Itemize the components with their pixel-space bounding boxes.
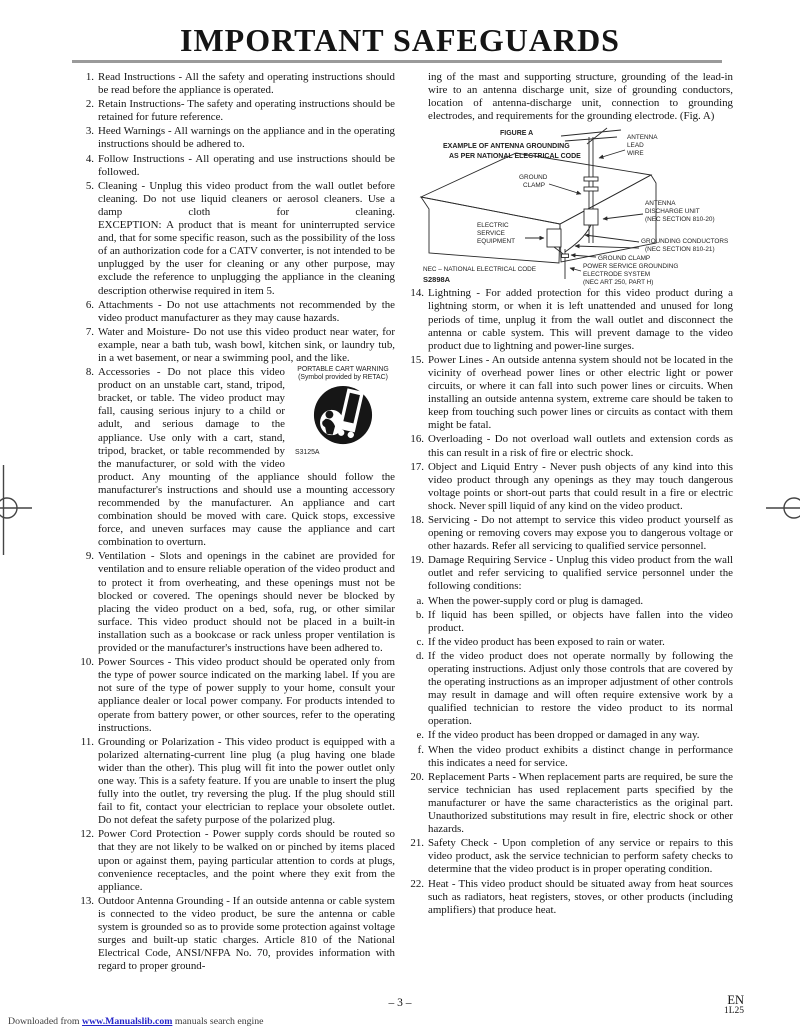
item-text: If the video product has been dropped or…	[428, 729, 699, 741]
item-text: Cleaning - Unplug this video product fro…	[98, 180, 395, 219]
item-text-exception: EXCEPTION: A product that is meant for u…	[98, 219, 395, 298]
item-number: 21.	[405, 837, 424, 850]
label-electric-service-equipment: ELECTRIC	[477, 222, 509, 229]
safeguard-item-9: 9. Ventilation - Slots and openings in t…	[75, 550, 395, 655]
item-8-body: PORTABLE CART WARNING (Symbol provided b…	[98, 366, 395, 549]
doc-revision-code: 1L25	[724, 1006, 744, 1017]
item-text: Read Instructions - All the safety and o…	[98, 71, 395, 96]
safeguard-item-20: 20. Replacement Parts - When replacement…	[405, 771, 733, 836]
svg-text:LEAD: LEAD	[627, 142, 644, 149]
item-letter: f.	[405, 744, 424, 757]
safeguard-item-6: 6. Attachments - Do not use attachments …	[75, 299, 395, 325]
label-nec-note: NEC – NATIONAL ELECTRICAL CODE	[423, 266, 536, 273]
footer-suffix: manuals search engine	[172, 1016, 263, 1027]
right-column: ing of the mast and supporting structure…	[405, 71, 733, 918]
item-number: 13.	[75, 895, 94, 908]
svg-text:DISCHARGE UNIT: DISCHARGE UNIT	[645, 208, 700, 215]
item-text: Power Sources - This video product shoul…	[98, 656, 395, 733]
label-ground-clamp-bottom: GROUND CLAMP	[598, 255, 650, 262]
item-text: Damage Requiring Service - Unplug this v…	[428, 554, 733, 592]
item-text: Heat - This video product should be situ…	[428, 878, 733, 916]
safeguard-item-3: 3. Heed Warnings - All warnings on the a…	[75, 125, 395, 151]
item-number: 1.	[75, 71, 94, 84]
cart-warning-subtitle: (Symbol provided by RETAC)	[291, 374, 395, 382]
item-number: 6.	[75, 299, 94, 312]
portable-cart-warning-block: PORTABLE CART WARNING (Symbol provided b…	[291, 366, 395, 459]
item-number: 2.	[75, 98, 94, 111]
safeguard-item-8: 8. PORTABLE CART WARNING (Symbol provide…	[75, 366, 395, 549]
item-text: Object and Liquid Entry - Never push obj…	[428, 461, 733, 512]
item-text: Power Lines - An outside antenna system …	[428, 354, 733, 431]
item-number: 3.	[75, 125, 94, 138]
item-text: When the video product exhibits a distin…	[428, 744, 733, 769]
item-text: Ventilation - Slots and openings in the …	[98, 550, 395, 654]
left-column: 1. Read Instructions - All the safety an…	[75, 71, 395, 974]
item-number: 19.	[405, 554, 424, 567]
figure-caption-line1: EXAMPLE OF ANTENNA GROUNDING	[443, 143, 570, 150]
cart-warning-title: PORTABLE CART WARNING	[291, 366, 395, 374]
condition-item-c: c. If the video product has been exposed…	[405, 636, 733, 649]
safeguard-item-15: 15. Power Lines - An outside antenna sys…	[405, 354, 733, 433]
safeguard-item-5: 5. Cleaning - Unplug this video product …	[75, 180, 395, 298]
registration-mark-left	[0, 465, 36, 555]
ground-clamp-mark	[584, 187, 598, 191]
item-number: 22.	[405, 878, 424, 891]
item-text: Retain Instructions- The safety and oper…	[98, 98, 395, 123]
safeguard-item-1: 1. Read Instructions - All the safety an…	[75, 71, 395, 97]
condition-item-d: d. If the video product does not operate…	[405, 650, 733, 729]
item-letter: c.	[405, 636, 424, 649]
svg-text:ELECTRODE SYSTEM: ELECTRODE SYSTEM	[583, 271, 650, 278]
item-number: 9.	[75, 550, 94, 563]
label-grounding-conductors: GROUNDING CONDUCTORS	[641, 238, 728, 245]
electric-service-equipment-box	[547, 229, 561, 247]
item-text: Power Cord Protection - Power supply cor…	[98, 828, 395, 892]
footer-prefix: Downloaded from	[8, 1016, 82, 1027]
item-number: 15.	[405, 354, 424, 367]
item-text: When the power-supply cord or plug is da…	[428, 595, 643, 607]
item-number: 11.	[75, 736, 94, 749]
safeguard-item-19: 19. Damage Requiring Service - Unplug th…	[405, 554, 733, 593]
label-antenna-lead-wire: ANTENNA	[627, 134, 658, 141]
tipping-cart-warning-icon	[313, 385, 373, 445]
manualslib-link[interactable]: www.Manualslib.com	[82, 1016, 172, 1027]
cart-warning-code: S3125A	[295, 446, 395, 459]
figure-a-antenna-grounding-diagram: FIGURE A EXAMPLE OF ANTENNA GROUNDING AS…	[413, 125, 798, 285]
item-number: 17.	[405, 461, 424, 474]
item-letter: a.	[405, 595, 424, 608]
item-number: 16.	[405, 433, 424, 446]
item-13-continuation: ing of the mast and supporting structure…	[405, 71, 733, 123]
item-letter: e.	[405, 729, 424, 742]
label-power-service-grounding: POWER SERVICE GROUNDING	[583, 263, 678, 270]
svg-text:SERVICE: SERVICE	[477, 230, 505, 237]
safeguard-item-10: 10. Power Sources - This video product s…	[75, 656, 395, 735]
item-number: 18.	[405, 514, 424, 527]
safeguard-item-17: 17. Object and Liquid Entry - Never push…	[405, 461, 733, 513]
label-antenna-discharge-unit: ANTENNA	[645, 200, 676, 207]
manual-page: IMPORTANT SAFEGUARDS 1. Read Instruction…	[0, 0, 800, 1036]
safeguard-item-13: 13. Outdoor Antenna Grounding - If an ou…	[75, 895, 395, 974]
item-text: If the video product has been exposed to…	[428, 636, 665, 648]
item-number: 20.	[405, 771, 424, 784]
item-text: Attachments - Do not use attachments not…	[98, 299, 395, 324]
condition-item-f: f. When the video product exhibits a dis…	[405, 744, 733, 770]
label-ground-clamp-top: GROUND	[519, 174, 548, 181]
document-code-block: EN 1L25	[724, 995, 744, 1017]
safeguard-item-12: 12. Power Cord Protection - Power supply…	[75, 828, 395, 893]
condition-item-a: a. When the power-supply cord or plug is…	[405, 595, 733, 608]
safeguard-item-18: 18. Servicing - Do not attempt to servic…	[405, 514, 733, 553]
svg-text:(NEC SECTION 810-20): (NEC SECTION 810-20)	[645, 216, 715, 223]
item-text: Replacement Parts - When replacement par…	[428, 771, 733, 835]
item-text: If the video product does not operate no…	[428, 650, 733, 727]
registration-mark-right	[764, 465, 800, 555]
svg-text:EQUIPMENT: EQUIPMENT	[477, 238, 515, 245]
safeguard-item-21: 21. Safety Check - Upon completion of an…	[405, 837, 733, 876]
ground-clamp-mark	[584, 177, 598, 181]
page-title: IMPORTANT SAFEGUARDS	[0, 22, 800, 59]
safeguard-item-14: 14. Lightning - For added protection for…	[405, 287, 733, 352]
house-drawing	[421, 153, 656, 263]
item-text: Outdoor Antenna Grounding - If an outsid…	[98, 895, 395, 972]
item-letter: d.	[405, 650, 424, 663]
item-text: Lightning - For added protection for thi…	[428, 287, 733, 351]
figure-code: S2898A	[423, 275, 451, 284]
item-text: Grounding or Polarization - This video p…	[98, 736, 395, 827]
item-text: Safety Check - Upon completion of any se…	[428, 837, 733, 875]
svg-text:(NEC ART 250, PART H): (NEC ART 250, PART H)	[583, 279, 653, 286]
item-text: Follow Instructions - All operating and …	[98, 153, 395, 178]
item-number: 5.	[75, 180, 94, 193]
title-divider	[72, 60, 722, 63]
safeguard-item-4: 4. Follow Instructions - All operating a…	[75, 153, 395, 179]
svg-text:WIRE: WIRE	[627, 150, 644, 157]
item-text: If liquid has been spilled, or objects h…	[428, 609, 733, 634]
item-number: 8.	[75, 366, 94, 379]
item-text: Heed Warnings - All warnings on the appl…	[98, 125, 395, 150]
item-number: 7.	[75, 326, 94, 339]
item-text: Servicing - Do not attempt to service th…	[428, 514, 733, 552]
antenna-discharge-unit-box	[584, 209, 598, 225]
safeguard-item-16: 16. Overloading - Do not overload wall o…	[405, 433, 733, 459]
condition-item-e: e. If the video product has been dropped…	[405, 729, 733, 742]
safeguard-item-11: 11. Grounding or Polarization - This vid…	[75, 736, 395, 828]
manualslib-footer: Downloaded from www.Manualslib.com manua…	[8, 1016, 264, 1027]
svg-text:CLAMP: CLAMP	[523, 182, 545, 189]
svg-text:(NEC SECTION 810-21): (NEC SECTION 810-21)	[645, 246, 715, 253]
item-number: 12.	[75, 828, 94, 841]
language-code: EN	[724, 995, 744, 1006]
condition-item-b: b. If liquid has been spilled, or object…	[405, 609, 733, 635]
safeguard-item-22: 22. Heat - This video product should be …	[405, 878, 733, 917]
item-number: 4.	[75, 153, 94, 166]
item-text: Water and Moisture- Do not use this vide…	[98, 326, 395, 364]
figure-title: FIGURE A	[500, 130, 533, 137]
page-number: – 3 –	[0, 997, 800, 1009]
figure-caption-line2: AS PER NATIONAL ELECTRICAL CODE	[449, 153, 581, 160]
item-letter: b.	[405, 609, 424, 622]
item-text: Overloading - Do not overload wall outle…	[428, 433, 733, 458]
safeguard-item-2: 2. Retain Instructions- The safety and o…	[75, 98, 395, 124]
item-number: 14.	[405, 287, 424, 300]
item-number: 10.	[75, 656, 94, 669]
safeguard-item-7: 7. Water and Moisture- Do not use this v…	[75, 326, 395, 365]
